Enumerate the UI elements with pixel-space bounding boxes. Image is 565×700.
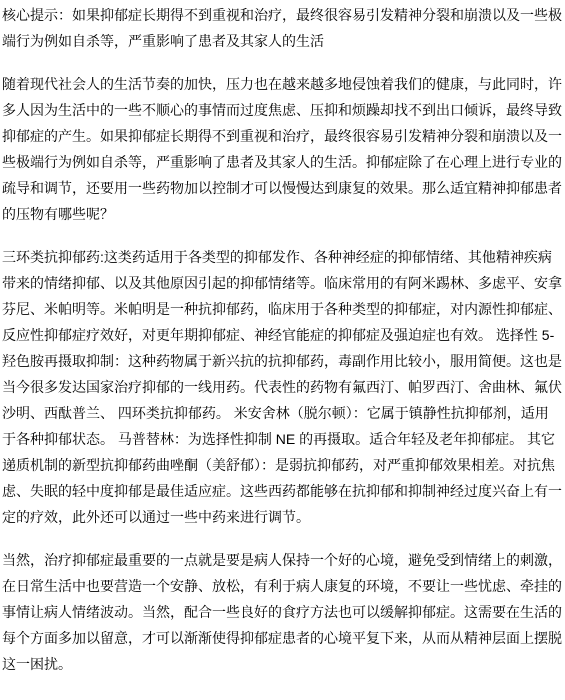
text-line: 随着现代社会人的生活节奏的加快，压力也在越来越多地侵蚀着我们的健康，与此同时，许	[2, 71, 563, 97]
text-line: 沙明、西酞普兰、 四环类抗抑郁药。 米安舍林（脱尔顿）：它属于镇静性抗抑郁剂，适…	[2, 400, 563, 426]
text-line: 这一困扰。	[2, 651, 563, 677]
document-page: { "page": { "background_color": "#ffffff…	[0, 0, 565, 700]
text-line: 端行为例如自杀等，严重影响了患者及其家人的生活	[2, 28, 563, 54]
text-line: 递质机制的新型抗抑郁药曲唑酮（美舒郁）：是弱抗抑郁药，对严重抑郁效果相差。对抗焦	[2, 452, 563, 478]
text-line: 三环类抗抑郁药:这类药适用于各类型的抑郁发作、各种神经症的抑郁情绪、其他精神疾病	[2, 244, 563, 270]
text-line: 多人因为生活中的一些不顺心的事情而过度焦虑、压抑和烦躁却找不到出口倾诉，最终导致	[2, 97, 563, 123]
paragraph-intro: 随着现代社会人的生活节奏的加快，压力也在越来越多地侵蚀着我们的健康，与此同时，许…	[2, 71, 563, 227]
text-line: 当今很多发达国家治疗抑郁的一线用药。代表性的药物有氟西汀、帕罗西汀、舍曲林、氟伏	[2, 374, 563, 400]
text-line: 抑郁症的产生。如果抑郁症长期得不到重视和治疗，最终很容易引发精神分裂和崩溃以及一	[2, 123, 563, 149]
text-line: 些极端行为例如自杀等，严重影响了患者及其家人的生活。抑郁症除了在心理上进行专业的	[2, 149, 563, 175]
text-line: 当然，治疗抑郁症最重要的一点就是要是病人保持一个好的心境，避免受到情绪上的刺激，	[2, 547, 563, 573]
text-line: 芬尼、米帕明等。米帕明是一种抗抑郁药，临床用于各种类型的抑郁症，对内源性抑郁症、	[2, 296, 563, 322]
text-line: 事情让病人情绪波动。当然，配合一些良好的食疗方法也可以缓解抑郁症。这需要在生活的	[2, 599, 563, 625]
text-line: 的压物有哪些呢？	[2, 201, 563, 227]
article-body: 核心提示：如果抑郁症长期得不到重视和治疗，最终很容易引发精神分裂和崩溃以及一些极…	[0, 0, 565, 700]
paragraph-core-tip: 核心提示：如果抑郁症长期得不到重视和治疗，最终很容易引发精神分裂和崩溃以及一些极…	[2, 2, 563, 54]
text-line: 疏导和调节，还要用一些药物加以控制才可以慢慢达到康复的效果。那么适宜精神抑郁患者	[2, 175, 563, 201]
text-line: 羟色胺再摄取抑制：这种药物属于新兴抗的抗抑郁药，毒副作用比较小，服用简便。这也是	[2, 348, 563, 374]
text-line: 带来的情绪抑郁、以及其他原因引起的抑郁情绪等。临床常用的有阿米踢林、多虑平、安拿	[2, 270, 563, 296]
text-line: 反应性抑郁症疗效好，对更年期抑郁症、神经官能症的抑郁症及强迫症也有效。 选择性 …	[2, 322, 563, 348]
text-line: 虑、失眠的轻中度抑郁是最佳适应症。这些西药都能够在抗抑郁和抑制神经过度兴奋上有一	[2, 478, 563, 504]
text-line: 每个方面多加以留意，才可以渐渐使得抑郁症患者的心境平复下来，从而从精神层面上摆脱	[2, 625, 563, 651]
text-line: 核心提示：如果抑郁症长期得不到重视和治疗，最终很容易引发精神分裂和崩溃以及一些极	[2, 2, 563, 28]
paragraph-medications: 三环类抗抑郁药:这类药适用于各类型的抑郁发作、各种神经症的抑郁情绪、其他精神疾病…	[2, 244, 563, 530]
text-line: 在日常生活中也要营造一个安静、放松，有利于病人康复的环境，不要让一些忧虑、牵挂的	[2, 573, 563, 599]
text-line: 定的疗效，此外还可以通过一些中药来进行调节。	[2, 504, 563, 530]
text-line: 于各种抑郁状态。 马普替林：为选择性抑制 NE 的再摄取。适合年轻及老年抑郁症。…	[2, 426, 563, 452]
paragraph-lifestyle-advice: 当然，治疗抑郁症最重要的一点就是要是病人保持一个好的心境，避免受到情绪上的刺激，…	[2, 547, 563, 677]
